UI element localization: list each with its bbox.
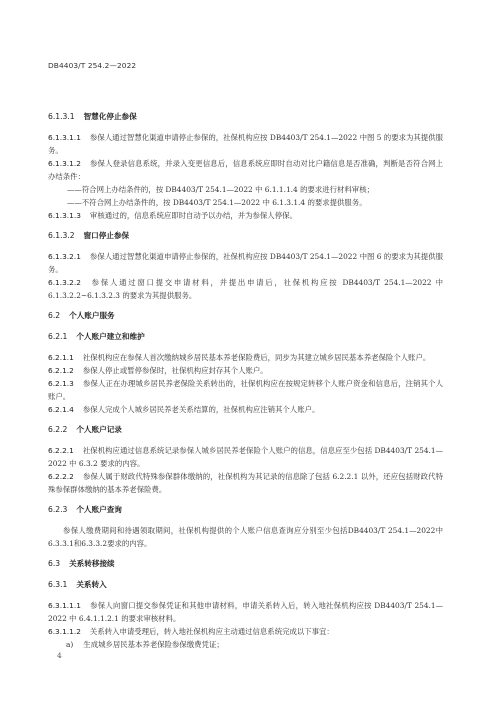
clause-number: 6.2.1.1 — [48, 353, 74, 362]
list-item-text: 生成城乡居民基本养老保险参保缴费凭证； — [83, 640, 223, 649]
clause-6-2-1-3: 6.2.1.3参保人正在办理城乡居民养老保险关系转出的，社保机构应在按规定转移个… — [48, 377, 443, 403]
section-title: 个人账户查询 — [76, 505, 122, 514]
clause-text: 参保人属于财政代特殊参保群体缴纳的，社保机构为其记录的信息除了包括 6.2.2.… — [48, 472, 443, 494]
clause-number: 6.2.1.4 — [48, 405, 74, 414]
clause-number: 6.1.3.2.2 — [48, 278, 81, 287]
clause-number: 6.3.1.1.2 — [48, 627, 81, 636]
clause-number: 6.3.1.1.1 — [48, 601, 81, 610]
clause-text: 参保人完成个人城乡居民养老关系结算的，社保机构应注销其个人账户。 — [83, 405, 320, 414]
section-number: 6.3.1 — [48, 580, 67, 589]
section-title: 个人账户服务 — [69, 311, 115, 320]
section-title: 关系转移接续 — [69, 559, 115, 568]
clause-6-1-3-2-1: 6.1.3.2.1参保人通过智慧化渠道申请停止参保的，社保机构应按 DB4403… — [48, 250, 443, 276]
section-heading-6-2-1: 6.2.1个人账户建立和维护 — [48, 330, 443, 343]
section-number: 6.2 — [48, 311, 60, 320]
clause-text: 参保人停止或暂停参保时，社保机构应封存其个人账户。 — [83, 366, 268, 375]
dash-item: ——不符合网上办结条件的，按 DB4403/T 254.1—2022 中 6.1… — [48, 196, 443, 209]
document-code-header: DB4403/T 254.2—2022 — [48, 61, 136, 70]
section-title: 智慧化停止参保 — [84, 112, 137, 121]
section-number: 6.2.2 — [48, 425, 67, 434]
section-title: 个人账户记录 — [76, 425, 122, 434]
section-number: 6.1.3.1 — [48, 112, 75, 121]
clause-number: 6.1.3.1.2 — [48, 159, 81, 168]
clause-6-2-1-4: 6.2.1.4参保人完成个人城乡居民养老关系结算的，社保机构应注销其个人账户。 — [48, 403, 443, 416]
clause-number: 6.2.2.2 — [48, 472, 74, 481]
section-heading-6-1-3-1: 6.1.3.1智慧化停止参保 — [48, 110, 443, 123]
section-heading-6-2-3: 6.2.3个人账户查询 — [48, 503, 443, 516]
list-marker: a) — [66, 640, 73, 649]
clause-6-3-1-1-2: 6.3.1.1.2关系转入申请受理后，转入地社保机构应主动通过信息系统完成以下事… — [48, 625, 443, 638]
document-body: 6.1.3.1智慧化停止参保 6.1.3.1.1参保人通过智慧化渠道申请停止参保… — [48, 110, 443, 651]
clause-text: 关系转入申请受理后，转入地社保机构应主动通过信息系统完成以下事宜： — [90, 627, 334, 636]
clause-text: 参保人通过窗口提交申请材料，并提出申请后，社保机构应按 DB4403/T 254… — [48, 278, 443, 300]
section-heading-6-2: 6.2个人账户服务 — [48, 309, 443, 322]
section-title: 个人账户建立和维护 — [76, 332, 144, 341]
section-heading-6-3-1: 6.3.1关系转入 — [48, 578, 443, 591]
clause-text: 参保人通过智慧化渠道申请停止参保的，社保机构应按 DB4403/T 254.1—… — [48, 252, 443, 274]
clause-text: 参保人正在办理城乡居民养老保险关系转出的，社保机构应在按规定转移个人账户资金和信… — [48, 379, 443, 401]
section-title: 窗口停止参保 — [84, 231, 130, 240]
list-item-a: a)生成城乡居民基本养老保险参保缴费凭证； — [48, 638, 443, 651]
clause-6-1-3-1-2: 6.1.3.1.2参保人登录信息系统，并录入变更信息后，信息系统应即时自动对比户… — [48, 157, 443, 183]
section-number: 6.2.1 — [48, 332, 67, 341]
clause-number: 6.1.3.2.1 — [48, 252, 81, 261]
clause-6-2-1-1: 6.2.1.1社保机构应在参保人首次缴纳城乡居民基本养老保险费后，同步为其建立城… — [48, 351, 443, 364]
clause-text: 参保人向窗口提交参保凭证和其他申请材料，申请关系转入后，转入地社保机构应按 DB… — [48, 601, 443, 623]
clause-6-1-3-2-2: 6.1.3.2.2参保人通过窗口提交申请材料，并提出申请后，社保机构应按 DB4… — [48, 276, 443, 302]
dash-item: ——符合网上办结条件的，按 DB4403/T 254.1—2022 中 6.1.… — [48, 183, 443, 196]
page-number: 4 — [57, 651, 62, 660]
clause-6-2-1-2: 6.2.1.2参保人停止或暂停参保时，社保机构应封存其个人账户。 — [48, 364, 443, 377]
clause-number: 6.1.3.1.1 — [48, 133, 81, 142]
clause-number: 6.2.1.3 — [48, 379, 74, 388]
clause-6-1-3-1-1: 6.1.3.1.1参保人通过智慧化渠道申请停止参保的，社保机构应按 DB4403… — [48, 131, 443, 157]
clause-6-2-2-2: 6.2.2.2参保人属于财政代特殊参保群体缴纳的，社保机构为其记录的信息除了包括… — [48, 470, 443, 496]
clause-text: 参保人通过智慧化渠道申请停止参保的，社保机构应按 DB4403/T 254.1—… — [48, 133, 443, 155]
paragraph-6-2-3: 参保人缴费期间和待遇领取期间，社保机构提供的个人账户信息查询应分别至少包括DB4… — [48, 524, 443, 550]
document-page: DB4403/T 254.2—2022 6.1.3.1智慧化停止参保 6.1.3… — [0, 0, 500, 707]
section-heading-6-1-3-2: 6.1.3.2窗口停止参保 — [48, 229, 443, 242]
clause-text: 审核通过的，信息系统应即时自动予以办结，并为参保人停保。 — [90, 211, 297, 220]
section-title: 关系转入 — [76, 580, 106, 589]
clause-text: 社保机构应在参保人首次缴纳城乡居民基本养老保险费后，同步为其建立城乡居民基本养老… — [83, 353, 430, 362]
clause-number: 6.1.3.1.3 — [48, 211, 81, 220]
clause-6-1-3-1-3: 6.1.3.1.3审核通过的，信息系统应即时自动予以办结，并为参保人停保。 — [48, 209, 443, 222]
section-number: 6.3 — [48, 559, 60, 568]
clause-number: 6.2.1.2 — [48, 366, 74, 375]
section-heading-6-2-2: 6.2.2个人账户记录 — [48, 423, 443, 436]
clause-text: 社保机构应通过信息系统记录参保人城乡居民养老保险个人账户的信息，信息应至少包括 … — [48, 446, 443, 468]
section-number: 6.1.3.2 — [48, 231, 75, 240]
clause-number: 6.2.2.1 — [48, 446, 74, 455]
section-heading-6-3: 6.3关系转移接续 — [48, 557, 443, 570]
clause-text: 参保人登录信息系统，并录入变更信息后，信息系统应即时自动对比户籍信息是否准确，判… — [48, 159, 443, 181]
clause-6-3-1-1-1: 6.3.1.1.1参保人向窗口提交参保凭证和其他申请材料，申请关系转入后，转入地… — [48, 599, 443, 625]
clause-6-2-2-1: 6.2.2.1社保机构应通过信息系统记录参保人城乡居民养老保险个人账户的信息，信… — [48, 444, 443, 470]
section-number: 6.2.3 — [48, 505, 67, 514]
